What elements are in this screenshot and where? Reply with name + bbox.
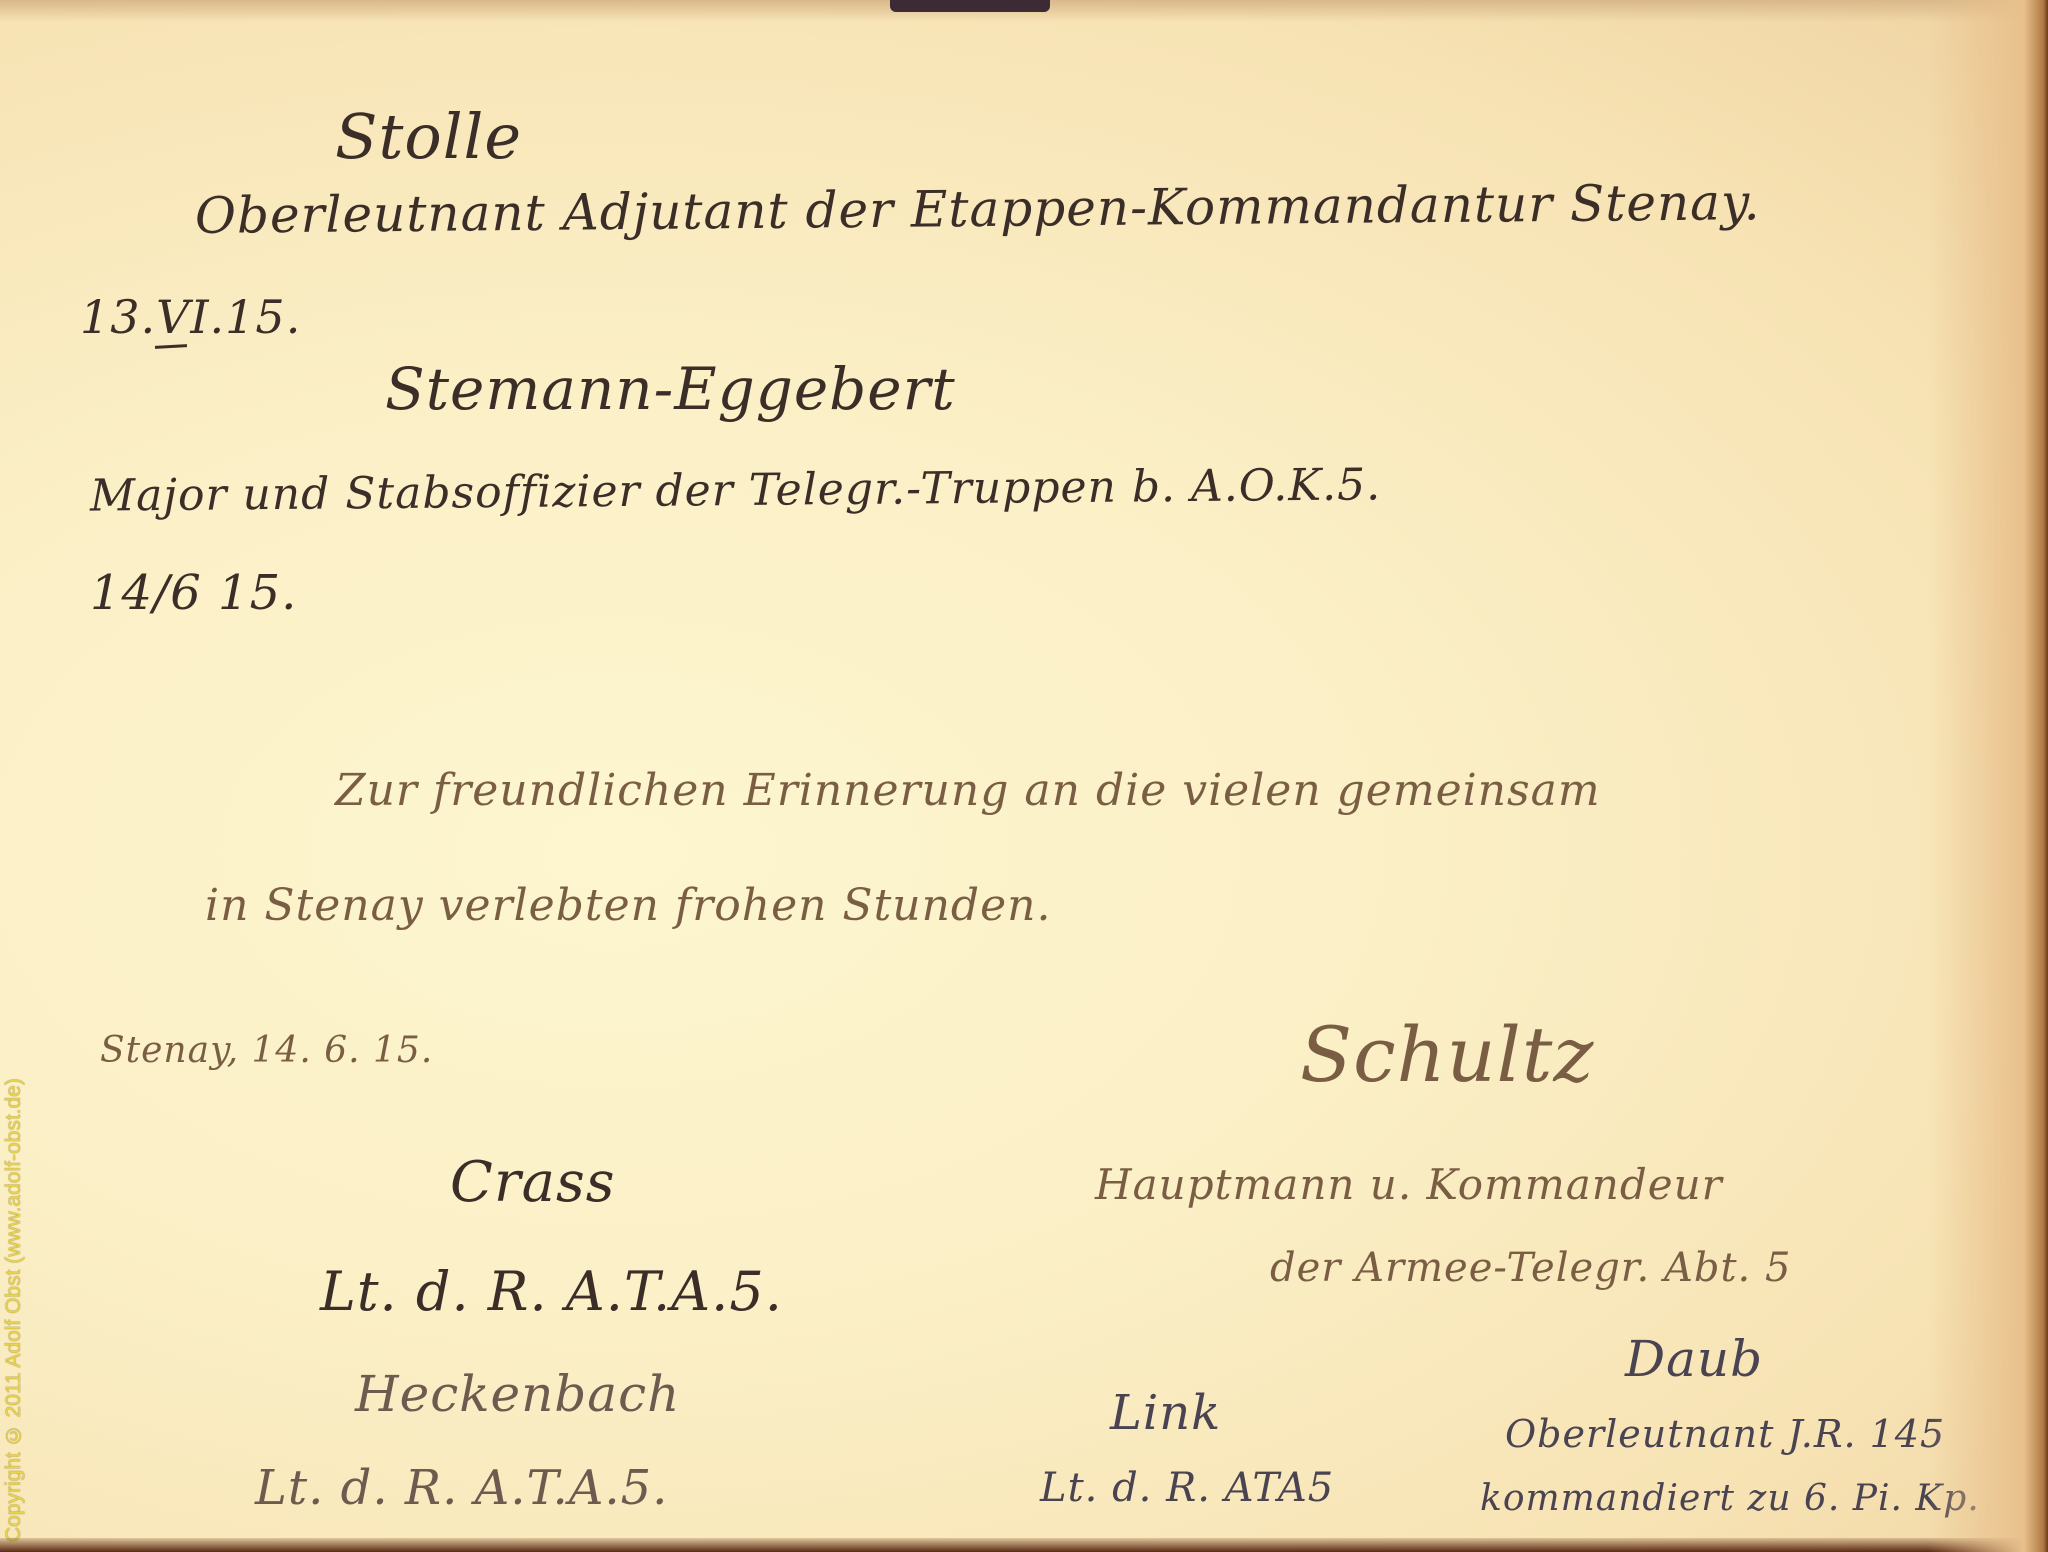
album-binding-tab [890,0,1050,12]
copyright-watermark: Copyright © 2011 Adolf Obst (www.adolf-o… [2,872,28,1542]
entry-1-name: Stolle [335,100,522,173]
entry-5-name: Heckenbach [355,1365,680,1423]
entry-1-date: 13.VI.15. [80,290,301,344]
entry-6-name: Link [1110,1385,1221,1441]
entry-4-title: Lt. d. R. A.T.A.5. [320,1260,783,1323]
entry-3-title-line1: Hauptmann u. Kommandeur [1095,1160,1723,1209]
entry-4-name: Crass [450,1150,615,1215]
entry-3-signature: Schultz [1300,1010,1594,1099]
entry-3-dedication-line1: Zur freundlichen Erinnerung an die viele… [335,765,1601,816]
date-underline [155,344,187,349]
entry-2-name: Stemann-Eggebert [385,355,956,423]
entry-3-dedication-line2: in Stenay verlebten frohen Stunden. [205,880,1051,931]
entry-1-title: Oberleutnant Adjutant der Etappen-Komman… [195,173,1761,245]
entry-6-title: Lt. d. R. ATA5 [1040,1465,1334,1511]
entry-2-title: Major und Stabsoffizier der Telegr.-Trup… [90,459,1382,521]
page-bottom-edge [0,1538,2048,1552]
entry-3-place-date: Stenay, 14. 6. 15. [100,1030,433,1071]
entry-7-title-line1: Oberleutnant J.R. 145 [1505,1412,1945,1456]
entry-7-name: Daub [1625,1330,1763,1388]
entry-5-title: Lt. d. R. A.T.A.5. [255,1460,668,1516]
entry-3-title-line2: der Armee-Telegr. Abt. 5 [1270,1245,1791,1291]
entry-7-title-line2: kommandiert zu 6. Pi. Kp. [1480,1478,1980,1519]
entry-2-date: 14/6 15. [90,565,297,621]
guestbook-page: Stolle Oberleutnant Adjutant der Etappen… [0,0,2048,1552]
